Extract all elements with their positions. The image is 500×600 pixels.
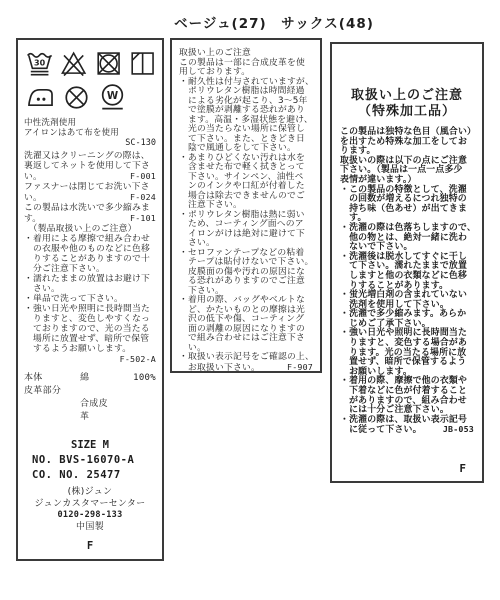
text-line-code: JB-053 xyxy=(443,425,474,435)
text-line-body: ・強い日光や照明に長時間当た xyxy=(24,304,150,314)
text-line-body: (株)ジュン xyxy=(68,487,113,497)
special-processing-notice-panel: 取扱い上のご注意 （特殊加工品） この製品は独特な色目（風合い） を出すため特殊… xyxy=(330,42,484,483)
text-line: ておりますので、光の当たる xyxy=(24,324,156,334)
manufacturer-info: (株)ジュンジュンカスタマーセンター0120-298-133中国製 xyxy=(18,487,162,533)
text-line-body: 洗濯又はクリーニングの際は、 xyxy=(24,151,150,161)
svg-text:W: W xyxy=(107,91,118,102)
composition-part: 本体 xyxy=(24,372,80,385)
text-line-body: ・単品で洗って下さい。 xyxy=(24,294,123,304)
wash-30-gentle-icon: 30 xyxy=(26,48,53,79)
text-line-body: お取扱い下さい。 xyxy=(179,364,260,374)
text-line: りすることがありますので十 xyxy=(24,254,156,264)
text-line: い。 F-024 xyxy=(24,192,156,203)
size-label: SIZE M xyxy=(18,438,162,453)
composition-material xyxy=(80,385,112,398)
text-line-body: ・濡れたままの放置はお避け下 xyxy=(24,274,150,284)
text-line: す。 F-101 xyxy=(24,213,156,224)
text-line-body: この製品は水洗いで多少縮みま xyxy=(24,203,150,213)
text-line-body: に従って下さい。 xyxy=(340,426,422,436)
care-symbols-row-2: W xyxy=(26,82,156,113)
text-line: 0120-298-133 xyxy=(18,510,162,522)
symbol-code: SC-130 xyxy=(24,138,156,148)
text-line-body: ・着用による摩擦で組み合わせ xyxy=(24,234,150,244)
text-line-body: ファスナーは閉じてお洗い下さ xyxy=(24,182,150,192)
text-line-body: い。 xyxy=(24,172,42,182)
text-line-body: 場所に放置せず、暗所で保管 xyxy=(24,334,149,344)
text-line-code: F-502-A xyxy=(120,354,156,364)
text-line: (株)ジュン xyxy=(18,487,162,499)
left-panel-footer-mark: F xyxy=(18,540,162,552)
special-notice-title-line1: 取扱い上のご注意 xyxy=(340,88,474,104)
text-line-code: F-907 xyxy=(287,363,313,373)
composition-part xyxy=(24,398,80,424)
special-notice-text: この製品は独特な色目（風合い） を出すため特殊な加工をしてお ります。 取扱いの… xyxy=(340,128,474,436)
company-number: CO. NO. 25477 xyxy=(18,468,162,483)
text-line: りますと、変色しやすくなっ xyxy=(24,314,156,324)
composition-percentage xyxy=(112,398,156,424)
do-not-bleach-icon xyxy=(60,48,87,79)
iron-medium-icon xyxy=(26,82,55,113)
text-line: （製品取扱い上のご注意） xyxy=(24,224,156,234)
text-line: 中性洗剤使用 xyxy=(24,118,156,128)
text-line: い。 F-001 xyxy=(24,171,156,182)
composition-material: 綿 xyxy=(80,372,112,385)
text-line-code: F-001 xyxy=(130,171,156,181)
symbol-notes: 中性洗剤使用アイロンはあて布を使用 xyxy=(24,118,156,138)
synthetic-leather-notice-panel: 取扱い上のご注意 この製品は一部に合成皮革を使 用しております。 ・耐久性は付与… xyxy=(170,38,322,373)
composition-material: 合成皮革 xyxy=(80,398,112,424)
text-line: 洗濯又はクリーニングの際は、 xyxy=(24,151,156,161)
text-line-body: 裏返してネットを使用して下さ xyxy=(24,161,150,171)
text-line-body: するようお願いします。 xyxy=(24,344,131,354)
text-line-body: 0120-298-133 xyxy=(57,510,122,520)
text-line: ・単品で洗って下さい。 xyxy=(24,294,156,304)
synthetic-leather-notice-text: 取扱い上のご注意 この製品は一部に合成皮革を使 用しております。 ・耐久性は付与… xyxy=(179,49,313,373)
fiber-composition: 本体 綿 100% 皮革部分 合成皮革 xyxy=(24,372,156,424)
care-label-panel-main: 30 W 中性洗剤使用アイロンはあて布を使用 SC-130 洗濯又はクリーニング… xyxy=(16,38,164,561)
composition-row: 本体 綿 100% xyxy=(24,372,156,385)
composition-percentage: 100% xyxy=(112,372,156,385)
text-line: F-502-A xyxy=(24,354,156,365)
text-line-body: 分ご注意下さい。 xyxy=(24,264,105,274)
text-line-body: （製品取扱い上のご注意） xyxy=(24,224,137,234)
special-notice-title-line2: （特殊加工品） xyxy=(340,104,474,120)
text-line: するようお願いします。 xyxy=(24,344,156,354)
care-symbols-row-1: 30 xyxy=(26,48,156,79)
text-line: アイロンはあて布を使用 xyxy=(24,128,156,138)
composition-part: 皮革部分 xyxy=(24,385,80,398)
composition-percentage xyxy=(112,385,156,398)
text-line-body: ておりますので、光の当たる xyxy=(24,324,150,334)
line-dry-in-shade-icon xyxy=(129,48,156,79)
composition-row: 合成皮革 xyxy=(24,398,156,424)
text-line: に従って下さい。 JB-053 xyxy=(340,425,474,436)
text-line: ・強い日光や照明に長時間当た xyxy=(24,304,156,314)
do-not-tumble-dry-icon xyxy=(95,48,122,79)
composition-row: 皮革部分 xyxy=(24,385,156,398)
text-line-body: す。 xyxy=(24,214,41,224)
special-notice-title: 取扱い上のご注意 （特殊加工品） xyxy=(340,88,474,120)
svg-text:30: 30 xyxy=(34,59,46,68)
text-line: お取扱い下さい。 F-907 xyxy=(179,363,313,374)
text-line-body: ジュンカスタマーセンター xyxy=(35,499,146,509)
text-line-body xyxy=(24,355,27,365)
text-line: の衣服や他のものなどに色移 xyxy=(24,244,156,254)
color-variants-header: ベージュ(27) サックス(48) xyxy=(0,12,500,32)
wet-clean-gentle-icon: W xyxy=(98,82,127,113)
text-line-body: りすることがありますので十 xyxy=(24,254,150,264)
text-line-code: F-101 xyxy=(130,213,156,223)
text-line-body: りますと、変色しやすくなっ xyxy=(24,314,150,324)
care-instructions-text: 洗濯又はクリーニングの際は、 裏返してネットを使用して下さ い。 F-001 フ… xyxy=(24,151,156,365)
text-line: ファスナーは閉じてお洗い下さ xyxy=(24,182,156,192)
text-line: 分ご注意下さい。 xyxy=(24,264,156,274)
text-line-body: アイロンはあて布を使用 xyxy=(24,128,119,138)
text-line-body: 中性洗剤使用 xyxy=(24,118,76,128)
size-and-product-numbers: SIZE M NO. BVS-16070-A CO. NO. 25477 xyxy=(18,438,162,483)
care-label-sheet: { "header": { "title": "ベージュ(27) サックス(48… xyxy=(0,0,500,600)
text-line: この製品は水洗いで多少縮みま xyxy=(24,203,156,213)
text-line-body: の衣服や他のものなどに色移 xyxy=(24,244,150,254)
text-line: ・濡れたままの放置はお避け下 xyxy=(24,274,156,284)
text-line: 場所に放置せず、暗所で保管 xyxy=(24,334,156,344)
text-line: ・着用による摩擦で組み合わせ xyxy=(24,234,156,244)
right-panel-footer-mark: F xyxy=(459,462,466,475)
text-line: ジュンカスタマーセンター xyxy=(18,499,162,511)
do-not-dry-clean-icon xyxy=(62,82,91,113)
text-line: 裏返してネットを使用して下さ xyxy=(24,161,156,171)
text-line-code: F-024 xyxy=(130,192,156,202)
text-line: 中国製 xyxy=(18,522,162,534)
text-line-body: 中国製 xyxy=(76,522,104,532)
text-line-body: い。 xyxy=(24,193,42,203)
product-number: NO. BVS-16070-A xyxy=(18,453,162,468)
text-line: さい。 xyxy=(24,284,156,294)
text-line-body: さい。 xyxy=(24,284,60,294)
